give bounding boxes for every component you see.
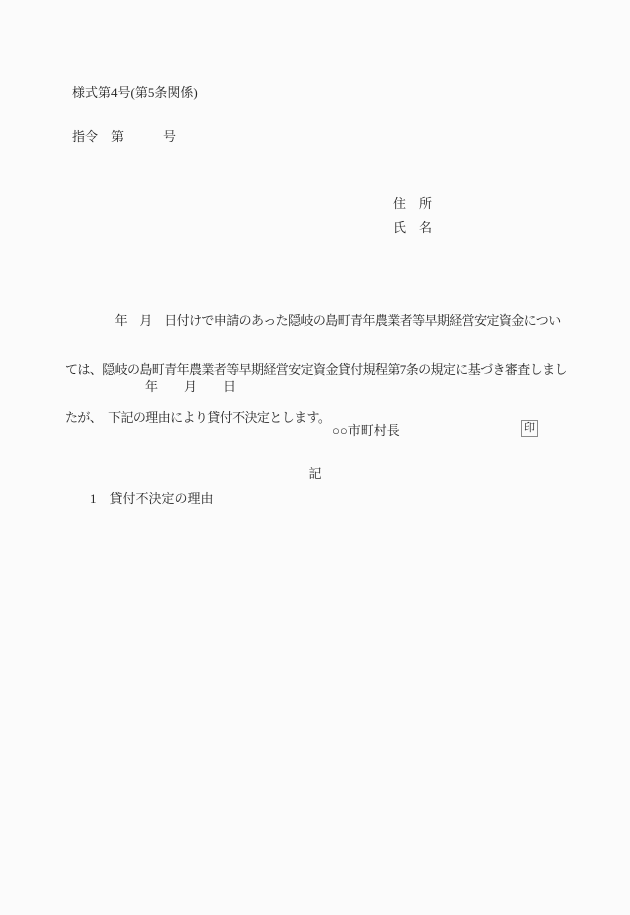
issue-date-line: 年 月 日 xyxy=(145,380,236,393)
signer-title: ○○市町村長 xyxy=(332,424,400,437)
body-paragraph: 年 月 日付けで申請のあった隠岐の島町青年農業者等早期経営安定資金につい ては、… xyxy=(65,288,575,460)
directive-number-line: 指令 第 号 xyxy=(72,130,176,143)
document-page: 様式第4号(第5条関係) 指令 第 号 住 所 氏 名 年 月 日付けで申請のあ… xyxy=(0,0,630,915)
name-label: 氏 名 xyxy=(393,221,432,234)
body-line: たが、 下記の理由により貸付不決定とします。 xyxy=(65,411,575,434)
record-heading: 記 xyxy=(0,467,630,480)
body-line: ては、隠岐の島町青年農業者等早期経営安定資金貸付規程第7条の規定に基づき審査しま… xyxy=(65,363,575,386)
address-label: 住 所 xyxy=(393,197,432,210)
body-line: 年 月 日付けで申請のあった隠岐の島町青年農業者等早期経営安定資金につい xyxy=(65,314,575,337)
rejection-reason-item: 1 貸付不決定の理由 xyxy=(90,492,214,505)
seal-stamp-box: 印 xyxy=(521,420,538,437)
form-number: 様式第4号(第5条関係) xyxy=(72,86,198,99)
